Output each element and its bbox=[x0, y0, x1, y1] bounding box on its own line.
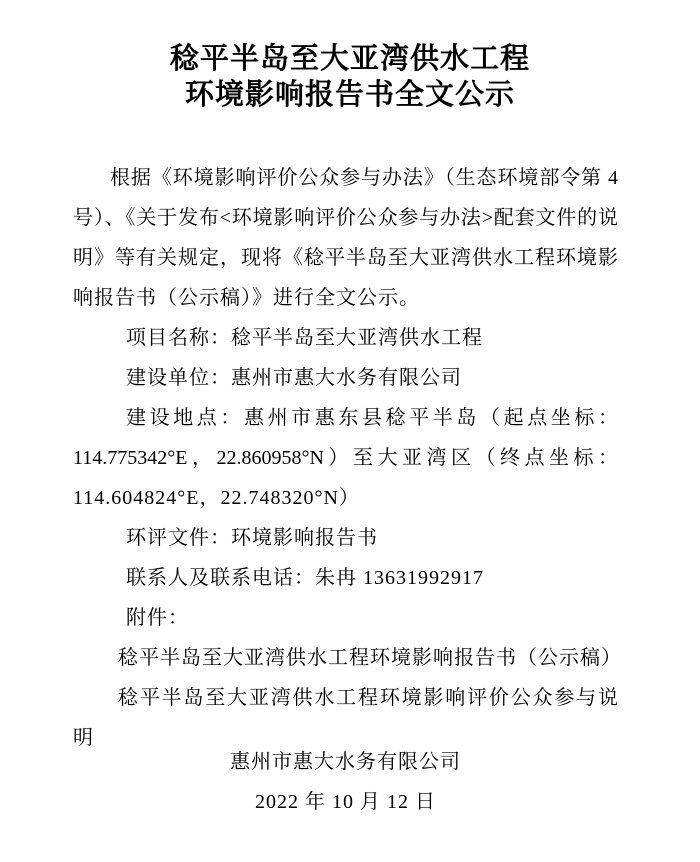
document-title-line1: 稔平半岛至大亚湾供水工程 bbox=[0, 41, 700, 77]
intro-paragraph-line1: 根据《环境影响评价公众参与办法》（生态环境部令第 4 bbox=[73, 158, 618, 198]
field-location-line1: 建设地点：惠州市惠东县稔平半岛（起点坐标： bbox=[73, 398, 618, 438]
field-location-line2: 114.775342°E，22.860958°N）至大亚湾区（终点坐标： bbox=[73, 438, 618, 478]
field-location-line3: 114.604824°E，22.748320°N） bbox=[73, 478, 618, 518]
signature-company: 惠州市惠大水务有限公司 bbox=[73, 742, 618, 782]
intro-paragraph-line2: 号）、《关于发布<环境影响评价公众参与办法>配套文件的说 bbox=[73, 198, 618, 238]
notice-page: 稔平半岛至大亚湾供水工程 环境影响报告书全文公示 根据《环境影响评价公众参与办法… bbox=[0, 0, 700, 862]
signature-date: 2022 年 10 月 12 日 bbox=[73, 782, 618, 822]
signature-block: 惠州市惠大水务有限公司 2022 年 10 月 12 日 bbox=[73, 742, 618, 822]
document-body: 根据《环境影响评价公众参与办法》（生态环境部令第 4 号）、《关于发布<环境影响… bbox=[0, 158, 618, 822]
attachment-item-2-line1: 稔平半岛至大亚湾供水工程环境影响评价公众参与说 bbox=[73, 678, 618, 718]
intro-paragraph-line3: 明》等有关规定，现将《稔平半岛至大亚湾供水工程环境影 bbox=[73, 238, 618, 278]
field-builder: 建设单位：惠州市惠大水务有限公司 bbox=[73, 358, 618, 398]
intro-paragraph-line4: 响报告书（公示稿）》进行全文公示。 bbox=[73, 278, 618, 318]
document-title-line2: 环境影响报告书全文公示 bbox=[0, 77, 700, 113]
attachment-item-1: 稔平半岛至大亚湾供水工程环境影响报告书（公示稿） bbox=[73, 638, 618, 678]
field-project-name: 项目名称：稔平半岛至大亚湾供水工程 bbox=[73, 318, 618, 358]
field-contact: 联系人及联系电话：朱冉 13631992917 bbox=[73, 558, 618, 598]
document-title: 稔平半岛至大亚湾供水工程 环境影响报告书全文公示 bbox=[0, 0, 700, 113]
field-attachments-label: 附件： bbox=[73, 598, 618, 638]
field-eia-document: 环评文件：环境影响报告书 bbox=[73, 518, 618, 558]
